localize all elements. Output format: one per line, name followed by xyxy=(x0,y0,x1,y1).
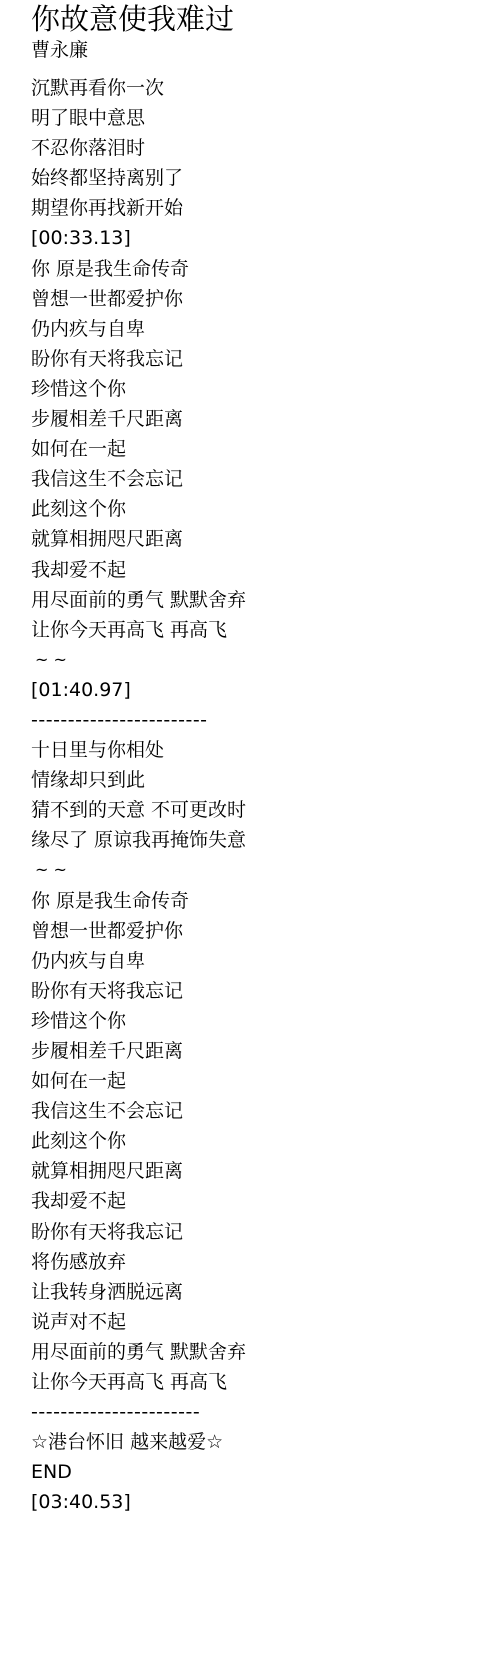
song-title: 你故意使我难过 xyxy=(31,0,500,37)
lyrics-body: 沉默再看你一次 明了眼中意思 不忍你落泪时 始终都坚持离别了 期望你再找新开始 … xyxy=(31,73,500,1518)
lyric-line: 我信这生不会忘记 xyxy=(31,1096,500,1126)
lyric-line: 我却爱不起 xyxy=(31,555,500,585)
lyric-line: 如何在一起 xyxy=(31,1066,500,1096)
lyric-line: 沉默再看你一次 xyxy=(31,73,500,103)
lyric-line: 盼你有天将我忘记 xyxy=(31,1217,500,1247)
lyric-line: 此刻这个你 xyxy=(31,494,500,524)
timestamp: [01:40.97] xyxy=(31,675,500,705)
credit-line: ☆港台怀旧 越来越爱☆ xyxy=(31,1427,500,1457)
lyrics-page: 你故意使我难过 曹永廉 沉默再看你一次 明了眼中意思 不忍你落泪时 始终都坚持离… xyxy=(0,0,500,1518)
lyric-line: 如何在一起 xyxy=(31,434,500,464)
lyric-line: 我却爱不起 xyxy=(31,1186,500,1216)
tilde-divider: ~ ~ xyxy=(31,645,500,675)
lyric-line: 将伤感放弃 xyxy=(31,1247,500,1277)
dash-separator: ----------------------- xyxy=(31,1397,500,1427)
lyric-line: 说声对不起 xyxy=(31,1307,500,1337)
lyric-line: 十日里与你相处 xyxy=(31,735,500,765)
lyric-line: 让我转身洒脱远离 xyxy=(31,1277,500,1307)
lyric-line: 缘尽了 原谅我再掩饰失意 xyxy=(31,825,500,855)
lyric-line: 我信这生不会忘记 xyxy=(31,464,500,494)
lyric-line: 让你今天再高飞 再高飞 xyxy=(31,615,500,645)
lyric-line: 曾想一世都爱护你 xyxy=(31,916,500,946)
lyric-line: 情缘却只到此 xyxy=(31,765,500,795)
dash-separator: ------------------------ xyxy=(31,705,500,735)
song-artist: 曹永廉 xyxy=(31,37,500,63)
lyric-line: 你 原是我生命传奇 xyxy=(31,254,500,284)
lyric-line: 步履相差千尺距离 xyxy=(31,1036,500,1066)
lyric-line: 始终都坚持离别了 xyxy=(31,163,500,193)
timestamp: [00:33.13] xyxy=(31,223,500,253)
lyric-line: 此刻这个你 xyxy=(31,1126,500,1156)
lyric-line: 珍惜这个你 xyxy=(31,374,500,404)
lyric-line: 猜不到的天意 不可更改时 xyxy=(31,795,500,825)
timestamp: [03:40.53] xyxy=(31,1487,500,1517)
lyric-line: 用尽面前的勇气 默默舍弃 xyxy=(31,585,500,615)
lyric-line: 珍惜这个你 xyxy=(31,1006,500,1036)
lyric-line: 就算相拥咫尺距离 xyxy=(31,524,500,554)
end-marker: END xyxy=(31,1457,500,1487)
lyric-line: 明了眼中意思 xyxy=(31,103,500,133)
lyric-line: 就算相拥咫尺距离 xyxy=(31,1156,500,1186)
lyric-line: 曾想一世都爱护你 xyxy=(31,284,500,314)
lyric-line: 不忍你落泪时 xyxy=(31,133,500,163)
lyric-line: 步履相差千尺距离 xyxy=(31,404,500,434)
lyric-line: 你 原是我生命传奇 xyxy=(31,886,500,916)
lyric-line: 用尽面前的勇气 默默舍弃 xyxy=(31,1337,500,1367)
lyric-line: 盼你有天将我忘记 xyxy=(31,976,500,1006)
lyric-line: 仍内疚与自卑 xyxy=(31,946,500,976)
tilde-divider: ~ ~ xyxy=(31,855,500,885)
lyric-line: 盼你有天将我忘记 xyxy=(31,344,500,374)
lyric-line: 期望你再找新开始 xyxy=(31,193,500,223)
lyric-line: 仍内疚与自卑 xyxy=(31,314,500,344)
lyric-line: 让你今天再高飞 再高飞 xyxy=(31,1367,500,1397)
